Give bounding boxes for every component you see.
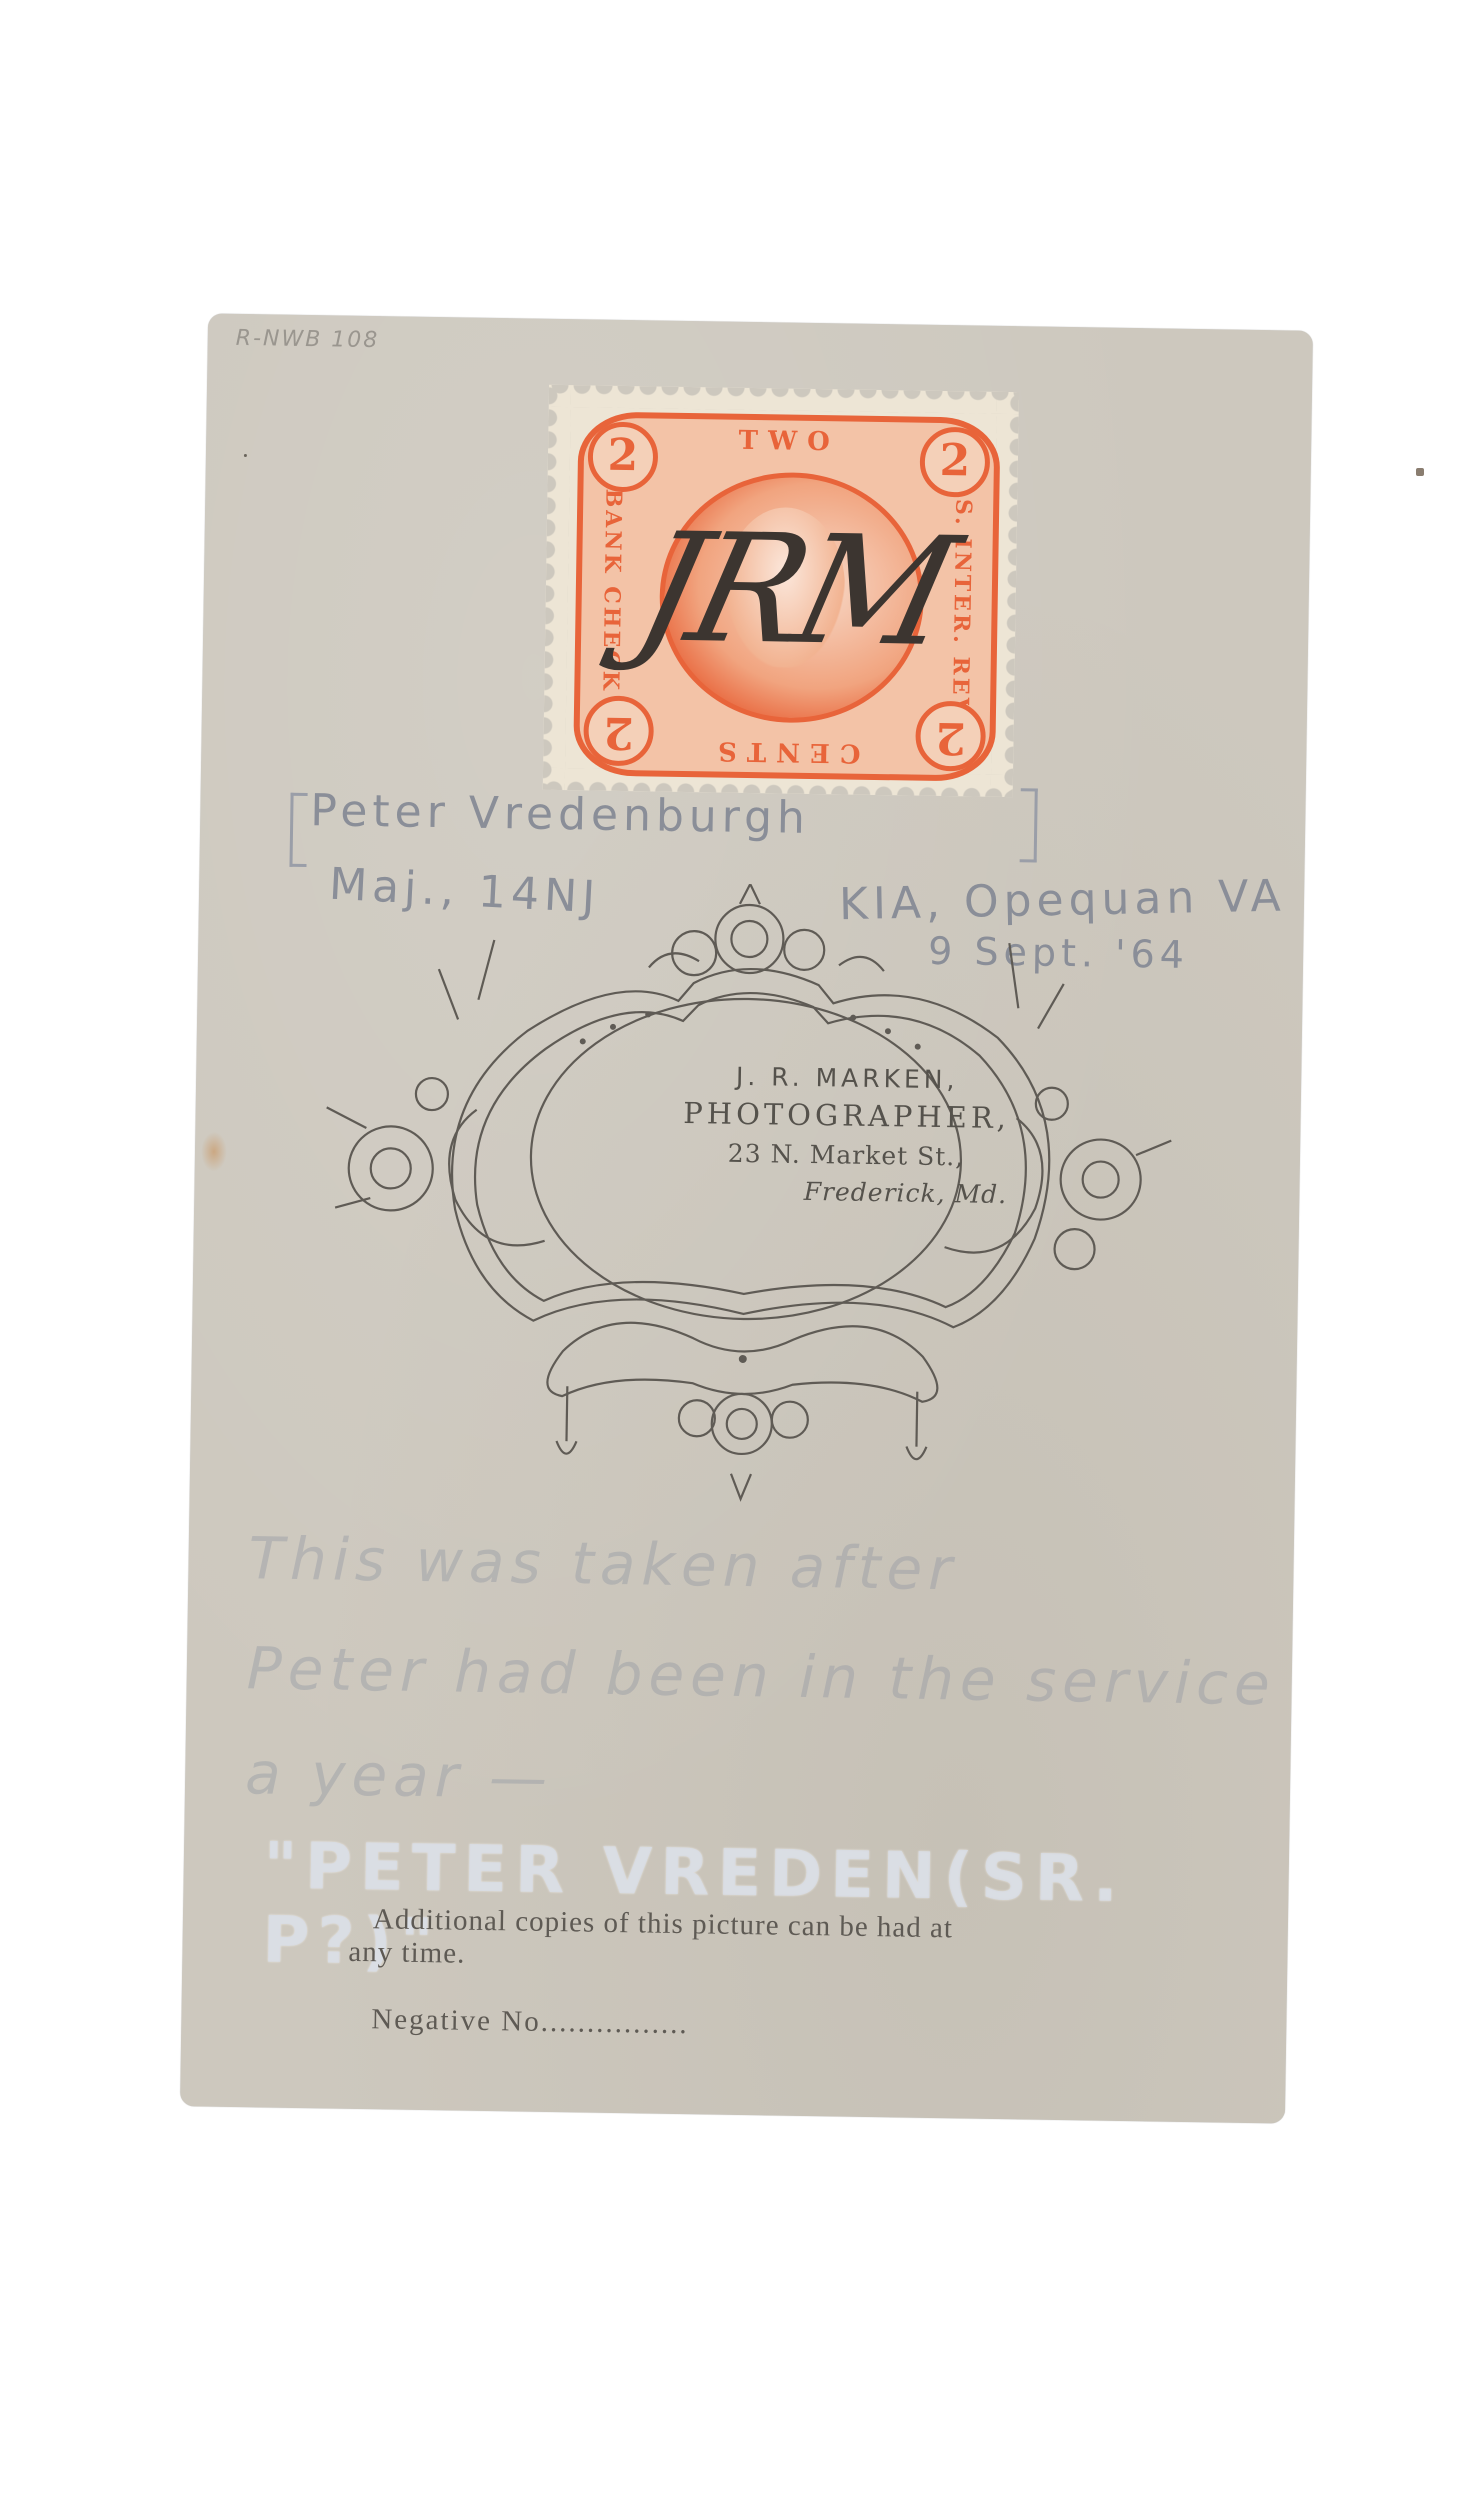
pencil-bracket-right: [1020, 788, 1038, 862]
stamp-denomination: 2: [587, 421, 658, 492]
photographer-name: J. R. MARKEN,: [637, 1060, 1057, 1096]
faint-note-line2: Peter had been in the service: [246, 1634, 1276, 1718]
catalog-number: R-NWB 108: [236, 326, 380, 353]
footer-any-time: any time.: [348, 1936, 465, 1971]
pencil-bracket-left: [289, 793, 307, 867]
photographer-imprint: J. R. MARKEN, PHOTOGRAPHER, 23 N. Market…: [635, 1060, 1057, 1210]
dust-dot: [244, 454, 247, 457]
stain-mark: [201, 1131, 228, 1171]
photographer-imprint-frame: J. R. MARKEN, PHOTOGRAPHER, 23 N. Market…: [311, 877, 1183, 1512]
stamp-design: TWO CENTS BANK CHECK U.S. INTER. REV. 2 …: [573, 411, 1001, 782]
photographer-title: PHOTOGRAPHER,: [636, 1095, 1056, 1136]
footer-negative-no: Negative No................: [371, 2003, 689, 2041]
pencil-name: Peter Vredenburgh: [310, 785, 810, 844]
cdv-card-back: R-NWB 108 TWO CENTS BANK CHECK U.S. INTE…: [180, 313, 1313, 2123]
stamp-denomination: 2: [919, 427, 990, 498]
photographer-address: 23 N. Market St.,: [636, 1137, 1056, 1173]
faint-note-line1: This was taken after: [248, 1524, 959, 1603]
faint-note-line3: a year —: [245, 1739, 554, 1812]
dust-speck: [1416, 468, 1424, 476]
stamp-cancel-initials: JRM: [619, 489, 965, 693]
revenue-stamp: TWO CENTS BANK CHECK U.S. INTER. REV. 2 …: [543, 385, 1019, 797]
